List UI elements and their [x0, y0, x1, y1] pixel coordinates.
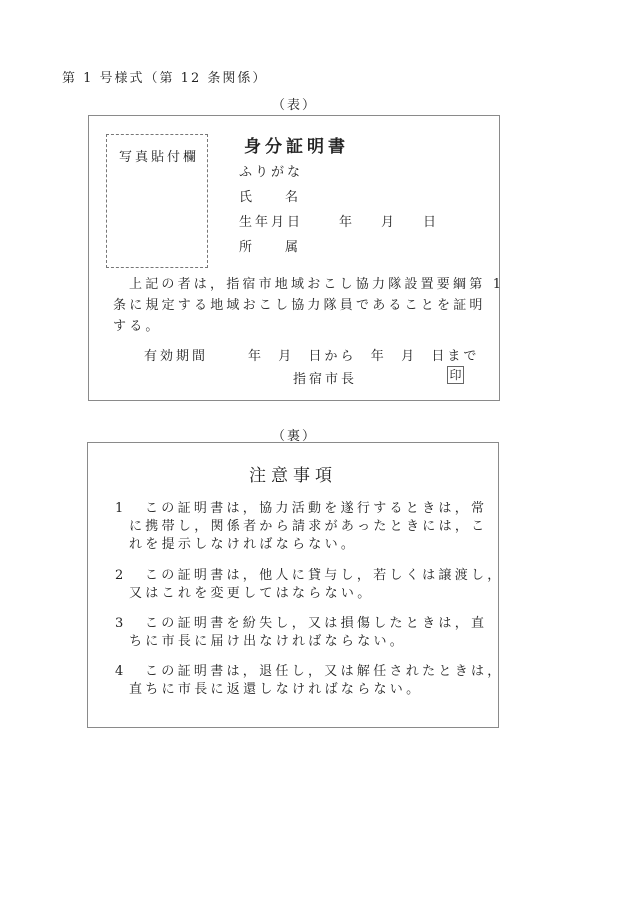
field-furigana: ふりがな [239, 161, 303, 180]
id-card-front: 写真貼付欄 身分証明書 ふりがな 氏名 生年月日年月日 所属 上記の者は，指宿市… [88, 115, 500, 401]
affil-label-1: 所 [239, 240, 255, 255]
validity-label: 有効期間 [144, 349, 208, 364]
note-text: この証明書は，退任し，又は解任されたときは， [145, 664, 504, 679]
field-name: 氏名 [239, 186, 301, 205]
photo-frame: 写真貼付欄 [106, 134, 208, 268]
dob-month: 月 [381, 215, 397, 230]
note-item: 3この証明書を紛失し，又は損傷したときは，直 ちに市長に届け出なければならない。 [115, 615, 485, 651]
statement-line-3: する。 [113, 316, 483, 337]
card-title: 身分証明書 [244, 132, 349, 157]
note-text: 又はこれを変更してはならない。 [115, 585, 485, 603]
note-text: この証明書は，他人に貸与し，若しくは譲渡し， [145, 568, 504, 583]
statement-line-2: 条に規定する地域おこし協力隊員であることを証明 [113, 295, 483, 316]
affil-label-2: 属 [285, 240, 301, 255]
note-number: 1 [115, 500, 145, 518]
note-text: ちに市長に届け出なければならない。 [115, 633, 485, 651]
field-date-of-birth: 生年月日年月日 [239, 211, 439, 230]
validity-range: 年 月 日から 年 月 日まで [248, 349, 479, 364]
statement-line-1: 上記の者は，指宿市地域おこし協力隊設置要綱第 1 [113, 274, 483, 295]
name-label-1: 氏 [239, 190, 255, 205]
issuer: 指宿市長 [293, 368, 357, 387]
note-text: この証明書を紛失し，又は損傷したときは，直 [145, 616, 487, 631]
note-item: 2この証明書は，他人に貸与し，若しくは譲渡し， 又はこれを変更してはならない。 [115, 567, 485, 603]
field-affiliation: 所属 [239, 236, 301, 255]
form-number: 第 1 号様式（第 12 条関係） [62, 67, 267, 86]
note-text: に携帯し，関係者から請求があったときには，こ [115, 518, 485, 536]
notes-title: 注意事項 [88, 461, 498, 486]
id-card-back: 注意事項 1この証明書は，協力活動を遂行するときは，常 に携帯し，関係者から請求… [87, 442, 499, 728]
note-text: 直ちに市長に返還しなければならない。 [115, 681, 485, 699]
furigana-label: ふりがな [239, 165, 303, 180]
note-number: 3 [115, 615, 145, 633]
note-item: 1この証明書は，協力活動を遂行するときは，常 に携帯し，関係者から請求があったと… [115, 500, 485, 554]
note-number: 2 [115, 567, 145, 585]
note-item: 4この証明書は，退任し，又は解任されたときは， 直ちに市長に返還しなければならな… [115, 663, 485, 699]
dob-year: 年 [339, 215, 355, 230]
seal-mark: 印 [447, 366, 464, 384]
validity-period: 有効期間年 月 日から 年 月 日まで [144, 345, 479, 364]
photo-label: 写真貼付欄 [119, 146, 199, 165]
note-text: この証明書は，協力活動を遂行するときは，常 [145, 501, 487, 516]
front-side-label: （表） [272, 94, 317, 113]
note-number: 4 [115, 663, 145, 681]
dob-day: 日 [423, 215, 439, 230]
certification-statement: 上記の者は，指宿市地域おこし協力隊設置要綱第 1 条に規定する地域おこし協力隊員… [113, 274, 483, 337]
name-label-2: 名 [285, 190, 301, 205]
dob-label: 生年月日 [239, 215, 303, 230]
note-text: れを提示しなければならない。 [115, 536, 485, 554]
